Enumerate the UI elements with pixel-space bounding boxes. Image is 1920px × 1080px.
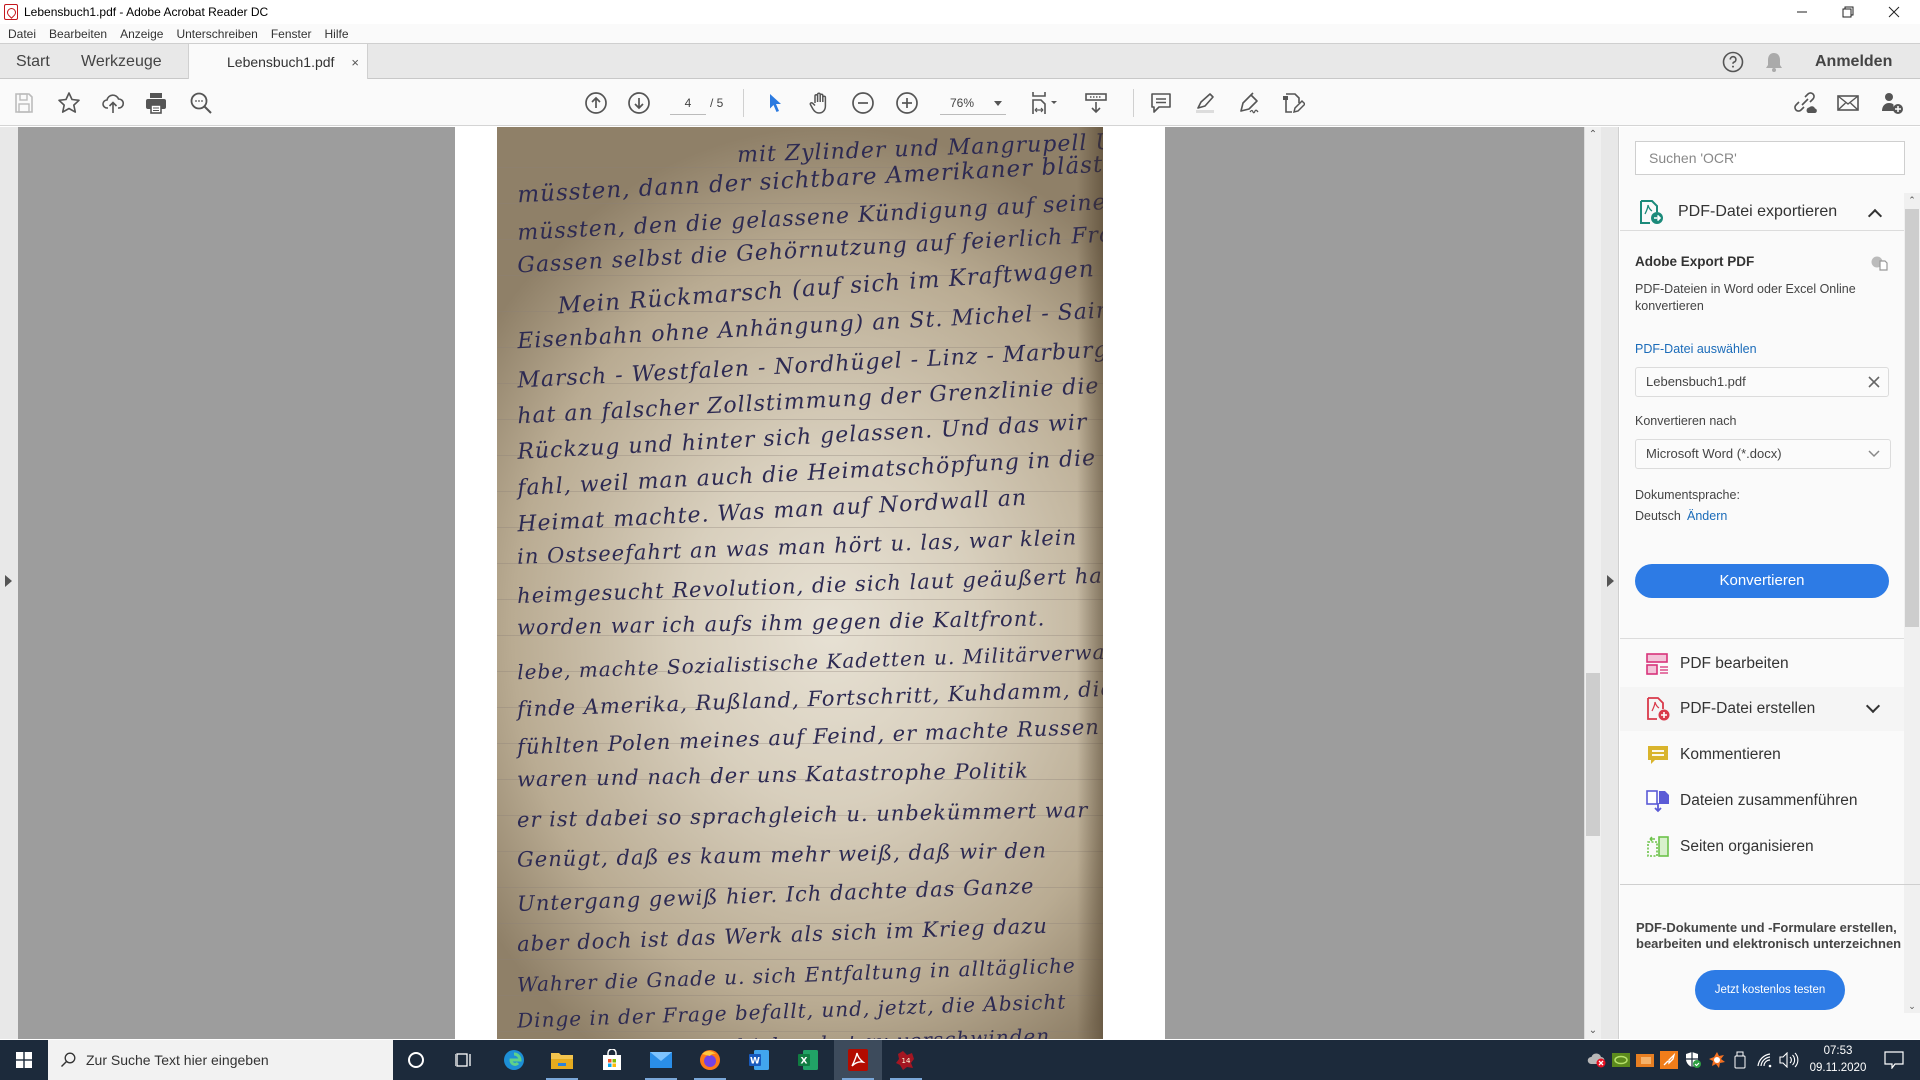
zoom-level-value: 76% (950, 96, 974, 110)
create-pdf-icon (1646, 697, 1670, 721)
convert-format-value: Microsoft Word (*.docx) (1646, 446, 1782, 461)
export-title: Adobe Export PDF (1635, 254, 1754, 269)
book-spine-shadow (1077, 127, 1103, 1039)
chevron-up-icon[interactable] (1868, 209, 1882, 223)
tray-usb[interactable] (1730, 1040, 1752, 1080)
bell-icon (1764, 51, 1784, 73)
toolbar-divider (743, 89, 744, 117)
action-center-button[interactable] (1876, 1040, 1912, 1080)
menu-fenster[interactable]: Fenster (271, 27, 312, 41)
save-button[interactable] (10, 89, 38, 117)
sign-icon (1237, 91, 1261, 115)
zoom-out-icon (851, 91, 875, 115)
organize-pages-icon (1646, 835, 1670, 859)
scroll-up-icon[interactable]: ⌃ (1904, 193, 1920, 207)
document-viewer[interactable]: mit Zylinder und Mangrupell Ulstr und br… (18, 127, 1584, 1039)
selected-file-name: Lebensbuch1.pdf (1646, 374, 1746, 389)
previous-page-button[interactable] (582, 89, 610, 117)
scrollbar-thumb[interactable] (1586, 673, 1600, 836)
tool-combine-files[interactable]: Dateien zusammenführen (1620, 779, 1904, 823)
divider (1620, 638, 1904, 639)
red-app-icon: 14 (894, 1048, 918, 1072)
hand-icon (807, 91, 831, 115)
taskbar-acrobat[interactable] (834, 1040, 882, 1080)
taskbar-firefox[interactable] (686, 1040, 734, 1080)
comment-tool-icon (1646, 743, 1670, 767)
share-link-icon (1792, 91, 1818, 115)
next-page-icon (627, 91, 651, 115)
volume-icon (1779, 1052, 1799, 1068)
collapse-arrow-icon (1607, 575, 1614, 587)
find-button[interactable] (187, 89, 215, 117)
select-pdf-link[interactable]: PDF-Datei auswählen (1635, 342, 1757, 356)
usb-device-icon (1734, 1051, 1748, 1069)
tools-pane-scrollbar[interactable]: ⌃ ⌄ (1904, 193, 1920, 1013)
sign-in-button[interactable]: Anmelden (1815, 44, 1892, 79)
tray-cloud-error[interactable] (1586, 1040, 1608, 1080)
taskbar-clock[interactable]: 07:53 09.11.2020 (1806, 1043, 1870, 1077)
chevron-down-icon (1868, 450, 1880, 458)
fill-edit-button[interactable] (1279, 89, 1307, 117)
print-button[interactable] (142, 89, 170, 117)
menu-unterschreiben[interactable]: Unterschreiben (176, 27, 257, 41)
notifications-button[interactable] (1764, 44, 1784, 79)
wifi-icon (1756, 1052, 1774, 1068)
tab-tools[interactable]: Werkzeuge (81, 44, 162, 79)
clock-time: 07:53 (1806, 1043, 1870, 1060)
tool-label: PDF bearbeiten (1680, 655, 1789, 673)
fit-page-button[interactable] (1028, 89, 1064, 117)
pdf-page: mit Zylinder und Mangrupell Ulstr und br… (455, 127, 1165, 1039)
next-page-button[interactable] (625, 89, 653, 117)
zoom-out-button[interactable] (849, 89, 877, 117)
tool-edit-pdf[interactable]: PDF bearbeiten (1620, 642, 1904, 686)
fill-edit-icon (1281, 91, 1305, 115)
left-navigation-pane-toggle[interactable] (0, 127, 18, 1039)
export-description: PDF-Dateien in Word oder Excel Online (1635, 282, 1856, 296)
handwriting-line: heimgesucht Revolution, die sich laut ge… (517, 562, 1103, 608)
cloud-error-icon (1587, 1052, 1607, 1068)
help-icon (1722, 51, 1744, 73)
title-bar: Lebensbuch1.pdf - Adobe Acrobat Reader D… (0, 0, 1920, 24)
export-pdf-header[interactable]: PDF-Datei exportieren (1620, 193, 1904, 231)
promo-text: PDF-Dokumente und -Formulare erstellen, … (1636, 920, 1911, 952)
taskbar-search-input[interactable]: Zur Suche Text hier eingeben (48, 1040, 393, 1080)
mail-icon (649, 1050, 673, 1070)
tray-rocket-app[interactable] (1658, 1040, 1680, 1080)
menu-datei[interactable]: Datei (8, 27, 36, 41)
svg-text:14: 14 (902, 1057, 911, 1065)
taskbar-mail[interactable] (637, 1040, 685, 1080)
acrobat-app-icon (4, 4, 18, 20)
highlight-button[interactable] (1191, 89, 1219, 117)
zoom-in-button[interactable] (893, 89, 921, 117)
scroll-mode-button[interactable] (1082, 89, 1110, 117)
taskbar-task-view[interactable] (440, 1040, 488, 1080)
handwriting-line: aber doch ist das Werk als sich im Krieg… (517, 914, 1048, 957)
edge-icon (502, 1048, 526, 1072)
chevron-down-icon[interactable] (1866, 699, 1880, 713)
notification-center-icon (1884, 1051, 1904, 1069)
firefox-icon (698, 1048, 722, 1072)
tab-document[interactable]: Lebensbuch1.pdf × (188, 44, 368, 80)
minimize-button[interactable] (1780, 0, 1824, 24)
tool-organize-pages[interactable]: Seiten organisieren (1620, 825, 1904, 869)
chevron-down-icon (994, 101, 1002, 106)
page-total: / 5 (710, 91, 723, 115)
taskbar-cortana[interactable] (392, 1040, 440, 1080)
convert-to-label: Konvertieren nach (1635, 414, 1736, 428)
selected-file-field: Lebensbuch1.pdf (1635, 367, 1889, 397)
menu-anzeige[interactable]: Anzeige (120, 27, 163, 41)
promo-text-line: PDF-Dokumente und -Formulare erstellen, (1636, 920, 1911, 936)
convert-button[interactable]: Konvertieren (1635, 564, 1889, 598)
hand-tool-button[interactable] (805, 89, 833, 117)
handwriting-line: Untergang gewiß hier. Ich dachte das Gan… (517, 874, 1035, 916)
handwriting-line: lebe, machte Sozialistische Kadetten u. … (517, 638, 1103, 685)
upload-button[interactable] (99, 89, 127, 117)
taskbar-edge[interactable] (490, 1040, 538, 1080)
handwritten-page-scan: mit Zylinder und Mangrupell Ulstr und br… (497, 127, 1103, 1039)
document-scrollbar[interactable]: ⌃ ⌄ (1584, 127, 1601, 1039)
sign-button[interactable] (1235, 89, 1263, 117)
email-button[interactable] (1834, 89, 1862, 117)
security-shield-icon (1684, 1051, 1702, 1069)
zoom-search-icon (189, 91, 213, 115)
taskbar-other-app[interactable]: 14 (882, 1040, 930, 1080)
window-title: Lebensbuch1.pdf - Adobe Acrobat Reader D… (24, 5, 268, 19)
scrollbar-thumb[interactable] (1905, 209, 1919, 627)
tray-avast[interactable] (1706, 1040, 1728, 1080)
promo-text-line: bearbeiten und elektronisch unterzeichne… (1636, 936, 1911, 952)
tool-create-pdf[interactable]: PDF-Datei erstellen (1620, 687, 1904, 731)
right-pane-toggle[interactable] (1601, 127, 1619, 1039)
task-view-icon (455, 1051, 473, 1069)
save-icon (12, 91, 36, 115)
tools-pane: Suchen 'OCR' PDF-Datei exportieren Adobe… (1620, 127, 1920, 1039)
close-icon (1888, 6, 1900, 18)
change-language-link[interactable]: Ändern (1687, 509, 1727, 523)
add-user-icon (1880, 91, 1904, 115)
restore-icon (1842, 6, 1854, 18)
handwriting-line: er ist dabei so sprachgleich u. unbekümm… (517, 798, 1089, 832)
clear-file-icon[interactable] (1868, 376, 1880, 388)
comment-button[interactable] (1147, 89, 1175, 117)
free-trial-button[interactable]: Jetzt kostenlos testen (1695, 970, 1845, 1010)
email-icon (1836, 91, 1860, 115)
avast-icon (1708, 1051, 1726, 1069)
bookmark-button[interactable] (55, 89, 83, 117)
menu-bearbeiten[interactable]: Bearbeiten (49, 27, 107, 41)
acrobat-reader-icon (847, 1048, 869, 1072)
fit-page-icon (1030, 91, 1062, 115)
cloud-upload-icon (101, 91, 125, 115)
tool-label: Dateien zusammenführen (1680, 792, 1858, 810)
highlight-icon (1193, 91, 1217, 115)
handwriting-line: fühlten Polen meines auf Feind, er macht… (517, 715, 1100, 759)
handwriting-line: finde Amerika, Rußland, Fortschritt, Kuh… (517, 677, 1103, 722)
scroll-up-icon[interactable]: ⌃ (1585, 127, 1601, 143)
tool-label: Kommentieren (1680, 746, 1781, 764)
restore-button[interactable] (1826, 0, 1870, 24)
cortana-icon (407, 1051, 425, 1069)
tab-bar: Start Werkzeuge Lebensbuch1.pdf × Anmeld… (0, 43, 1920, 79)
menu-hilfe[interactable]: Hilfe (325, 27, 349, 41)
tab-document-label: Lebensbuch1.pdf (227, 54, 334, 70)
tray-wifi[interactable] (1754, 1040, 1776, 1080)
taskbar-file-explorer[interactable] (538, 1040, 586, 1080)
scroll-down-icon[interactable]: ⌄ (1585, 1023, 1601, 1039)
search-icon (60, 1052, 76, 1068)
taskbar: Zur Suche Text hier eingeben W X 14 (0, 1040, 1920, 1080)
comment-icon (1149, 91, 1173, 115)
tab-start[interactable]: Start (16, 44, 50, 79)
convert-format-dropdown[interactable]: Microsoft Word (*.docx) (1635, 439, 1891, 469)
close-window-button[interactable] (1872, 0, 1916, 24)
taskbar-word[interactable]: W (735, 1040, 783, 1080)
tray-volume[interactable] (1778, 1040, 1800, 1080)
svg-text:X: X (801, 1057, 808, 1067)
help-button[interactable] (1722, 44, 1744, 79)
print-icon (144, 91, 168, 115)
page-number-input[interactable]: 4 (670, 91, 706, 115)
minimize-icon (1796, 6, 1808, 18)
export-description-cont: konvertieren (1635, 299, 1704, 313)
expand-arrow-icon (5, 575, 12, 587)
zoom-level-dropdown[interactable]: 76% (940, 91, 1006, 115)
tray-security[interactable] (1682, 1040, 1704, 1080)
file-explorer-icon (550, 1049, 574, 1071)
microsoft-store-icon (601, 1049, 623, 1071)
select-cursor-icon (763, 91, 787, 115)
taskbar-store[interactable] (588, 1040, 636, 1080)
edit-pdf-icon (1646, 652, 1670, 676)
share-link-button[interactable] (1790, 89, 1820, 117)
toolbar-divider (1133, 89, 1134, 117)
excel-icon: X (796, 1048, 820, 1072)
add-user-button[interactable] (1878, 89, 1906, 117)
handwriting-line: waren und nach der uns Katastrophe Polit… (517, 759, 1029, 792)
scroll-down-icon[interactable]: ⌄ (1904, 999, 1920, 1013)
tool-label: Seiten organisieren (1680, 838, 1814, 856)
rocket-app-icon (1660, 1051, 1678, 1069)
menu-bar: Datei Bearbeiten Anzeige Unterschreiben … (0, 24, 1920, 44)
document-language-value: Deutsch (1635, 509, 1681, 523)
export-pdf-label: PDF-Datei exportieren (1678, 203, 1837, 221)
prev-page-icon (584, 91, 608, 115)
clock-date: 09.11.2020 (1806, 1060, 1870, 1077)
zoom-in-icon (895, 91, 919, 115)
nvidia-icon (1612, 1053, 1630, 1067)
export-pdf-icon (1638, 199, 1664, 225)
svg-text:W: W (750, 1057, 760, 1067)
taskbar-excel[interactable]: X (784, 1040, 832, 1080)
bookmark-star-icon (57, 91, 81, 115)
document-language-label: Dokumentsprache: (1635, 488, 1740, 502)
word-icon: W (747, 1048, 771, 1072)
tab-close-button[interactable]: × (351, 55, 359, 70)
toolbar: 4 / 5 76% (0, 79, 1920, 126)
tray-nvidia[interactable] (1610, 1040, 1632, 1080)
tool-label: PDF-Datei erstellen (1680, 700, 1815, 718)
tools-search-input[interactable]: Suchen 'OCR' (1635, 141, 1905, 175)
taskbar-search-placeholder: Zur Suche Text hier eingeben (86, 1052, 269, 1068)
windows-logo-icon (16, 1052, 32, 1068)
handwriting-line: Genügt, daß es kaum mehr weiß, daß wir d… (517, 838, 1047, 871)
remote-desktop-icon (1636, 1052, 1654, 1068)
combine-files-icon (1646, 789, 1670, 813)
start-button[interactable] (0, 1040, 48, 1080)
select-tool-button[interactable] (761, 89, 789, 117)
tray-remote-desktop[interactable] (1634, 1040, 1656, 1080)
tool-comment[interactable]: Kommentieren (1620, 733, 1904, 777)
online-document-icon (1870, 255, 1888, 271)
divider (1620, 884, 1920, 885)
scroll-mode-icon (1084, 91, 1108, 115)
